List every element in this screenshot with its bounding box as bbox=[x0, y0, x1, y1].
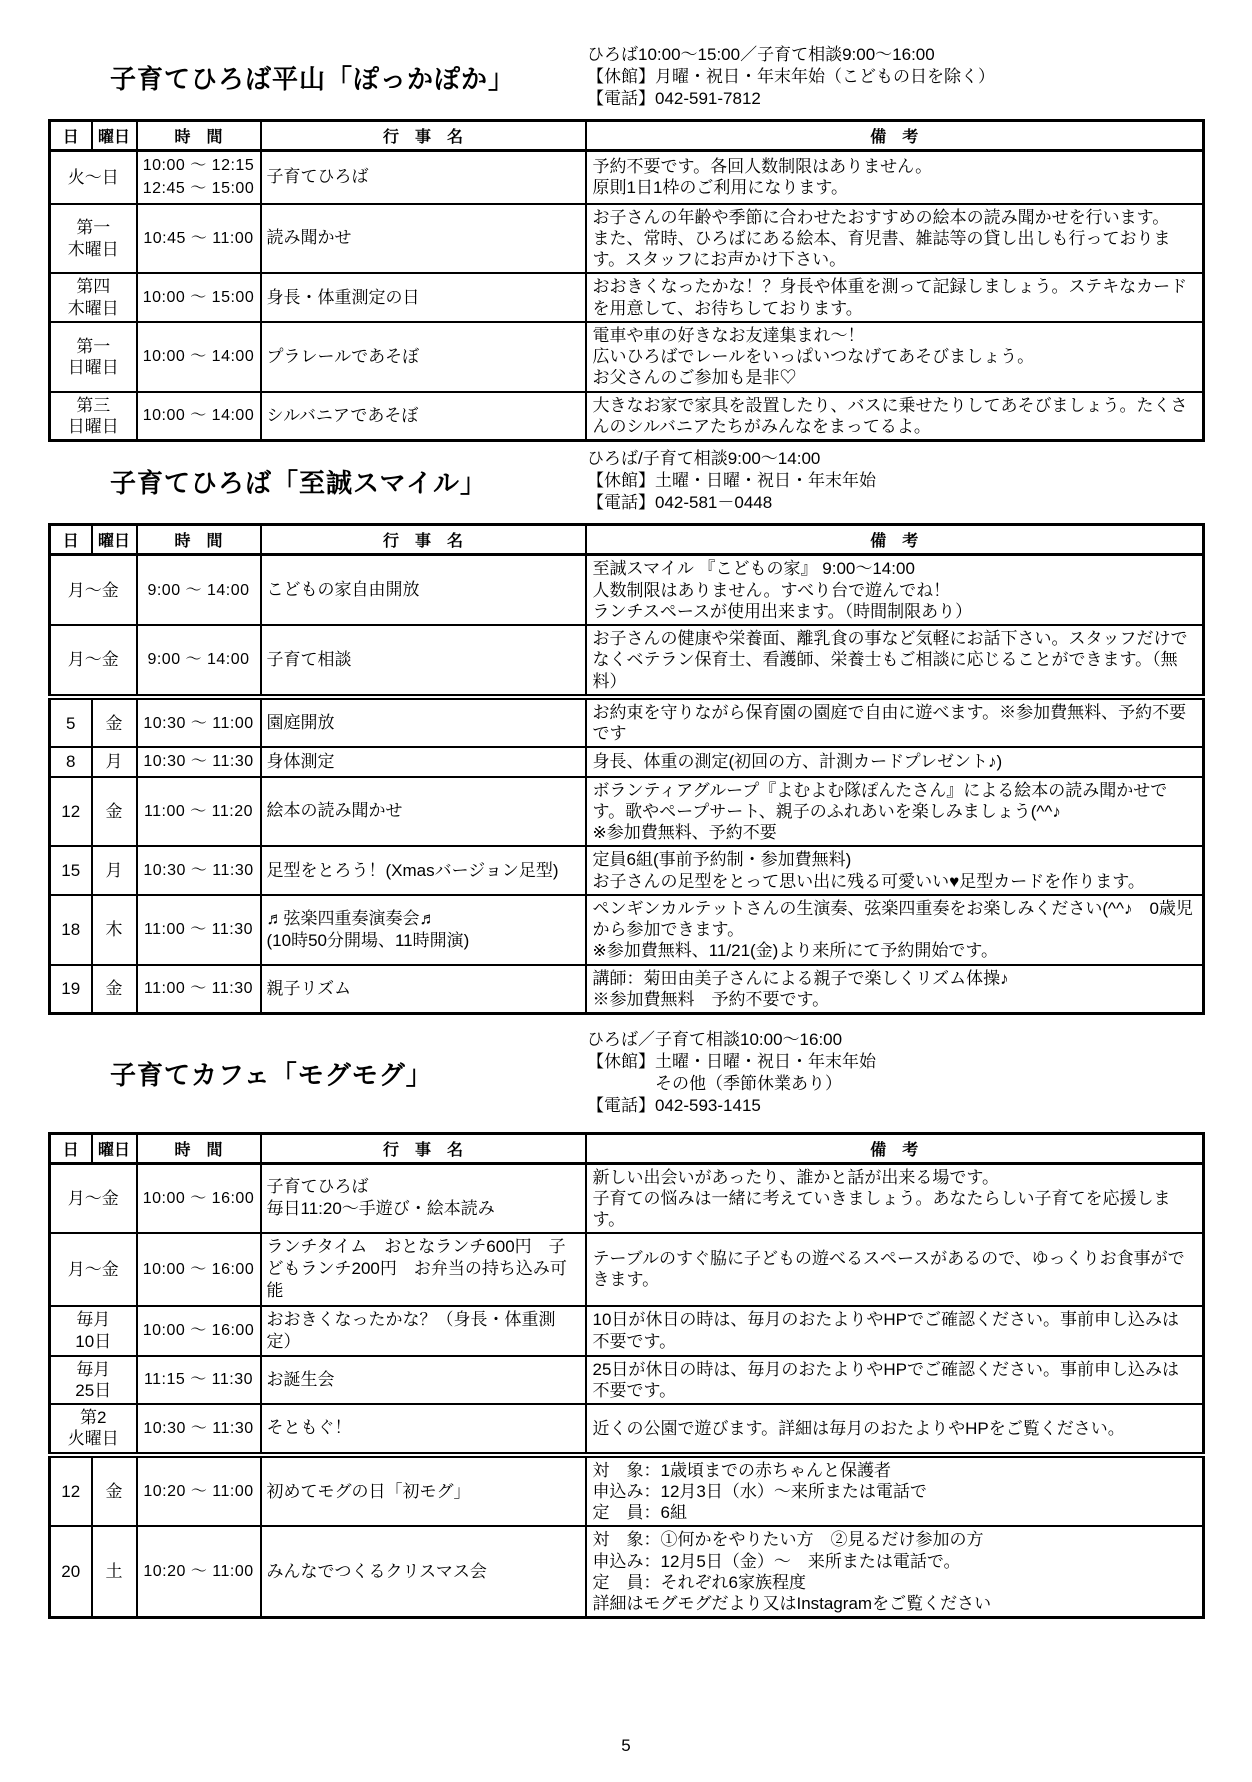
event-name-cell: 園庭開放 bbox=[261, 697, 586, 748]
table-header-row: 日 曜日 時 間 行 事 名 備 考 bbox=[50, 1133, 1204, 1163]
event-name-cell: 親子リズム bbox=[261, 965, 586, 1014]
event-name-cell: こどもの家自由開放 bbox=[261, 555, 586, 625]
schedule-table: 日 曜日 時 間 行 事 名 備 考 火～日10:00 ～ 12:15 12:4… bbox=[48, 119, 1205, 442]
note-cell: お子さんの年齢や季節に合わせたおすすめの絵本の読み聞かせを行います。 また、常時… bbox=[586, 204, 1204, 274]
table-row: 8月10:30 ～ 11:30身体測定身長、体重の測定(初回の方、計測カードプレ… bbox=[50, 747, 1204, 776]
day-cell: 12 bbox=[50, 777, 92, 847]
table-row: 第一 木曜日10:45 ～ 11:00読み聞かせお子さんの年齢や季節に合わせたお… bbox=[50, 204, 1204, 274]
day-cell: 12 bbox=[50, 1455, 92, 1527]
event-name-cell: お誕生会 bbox=[261, 1356, 586, 1405]
note-cell: 予約不要です。各回人数制限はありません。 原則1日1枠のご利用になります。 bbox=[586, 151, 1204, 204]
note-cell: 25日が休日の時は、毎月のおたよりやHPでご確認ください。事前申し込みは不要です… bbox=[586, 1356, 1204, 1405]
col-header-weekday: 曜日 bbox=[92, 525, 137, 555]
table-row: 20土10:20 ～ 11:00みんなでつくるクリスマス会対 象：①何かをやりた… bbox=[50, 1526, 1204, 1618]
section-shisei-smile: 子育てひろば「至誠スマイル」 ひろば/子育て相談9:00～14:00 【休館】土… bbox=[48, 448, 1205, 1015]
section-contact-info: ひろば/子育て相談9:00～14:00 【休館】土曜・日曜・祝日・年末年始 【電… bbox=[587, 448, 1205, 514]
note-cell: お子さんの健康や栄養面、離乳食の事など気軽にお話下さい。スタッフだけでなくベテラ… bbox=[586, 625, 1204, 697]
time-cell: 10:45 ～ 11:00 bbox=[137, 204, 261, 274]
event-name-cell: プラレールであそぼ bbox=[261, 322, 586, 392]
event-name-cell: みんなでつくるクリスマス会 bbox=[261, 1526, 586, 1618]
event-name-cell: 子育てひろば 毎日11:20～手遊び・絵本読み bbox=[261, 1163, 586, 1233]
section-contact-info: ひろば／子育て相談10:00～16:00 【休館】土曜・日曜・祝日・年末年始 そ… bbox=[587, 1029, 1205, 1117]
col-header-day: 日 bbox=[50, 525, 92, 555]
event-name-cell: シルバニアであそぼ bbox=[261, 392, 586, 441]
day-cell: 月～金 bbox=[50, 1233, 137, 1305]
col-header-event: 行 事 名 bbox=[261, 121, 586, 151]
col-header-note: 備 考 bbox=[586, 525, 1204, 555]
time-cell: 10:30 ～ 11:30 bbox=[137, 747, 261, 776]
time-cell: 11:00 ～ 11:30 bbox=[137, 895, 261, 965]
col-header-event: 行 事 名 bbox=[261, 525, 586, 555]
event-name-cell: 身長・体重測定の日 bbox=[261, 273, 586, 322]
day-cell: 第三 日曜日 bbox=[50, 392, 137, 441]
section-title: 子育てひろば「至誠スマイル」 bbox=[48, 463, 487, 500]
time-cell: 10:00 ～ 14:00 bbox=[137, 322, 261, 392]
day-cell: 火～日 bbox=[50, 151, 137, 204]
note-cell: ボランティアグループ『よむよむ隊ぽんたさん』による絵本の読み聞かせです。歌やペー… bbox=[586, 777, 1204, 847]
page-number: 5 bbox=[0, 1736, 1252, 1756]
note-cell: お約束を守りながら保育園の園庭で自由に遊べます。※参加費無料、予約不要です bbox=[586, 697, 1204, 748]
table-row: 月～金10:00 ～ 16:00子育てひろば 毎日11:20～手遊び・絵本読み新… bbox=[50, 1163, 1204, 1233]
table-row: 18木11:00 ～ 11:30♬弦楽四重奏演奏会♬ (10時50分開場、11時… bbox=[50, 895, 1204, 965]
time-cell: 10:00 ～ 16:00 bbox=[137, 1306, 261, 1356]
table-body: 火～日10:00 ～ 12:15 12:45 ～ 15:00子育てひろば予約不要… bbox=[50, 151, 1204, 441]
note-cell: 近くの公園で遊びます。詳細は毎月のおたよりやHPをご覧ください。 bbox=[586, 1404, 1204, 1455]
table-row: 12金11:00 ～ 11:20絵本の読み聞かせボランティアグループ『よむよむ隊… bbox=[50, 777, 1204, 847]
note-cell: 電車や車の好きなお友達集まれ～！ 広いひろばでレールをいっぱいつなげてあそびまし… bbox=[586, 322, 1204, 392]
table-row: 月～金9:00 ～ 14:00こどもの家自由開放至誠スマイル 『こどもの家』 9… bbox=[50, 555, 1204, 625]
section-title: 子育てひろば平山「ぽっかぽか」 bbox=[48, 59, 515, 96]
day-cell: 第2 火曜日 bbox=[50, 1404, 137, 1455]
day-cell: 第四 木曜日 bbox=[50, 273, 137, 322]
time-cell: 9:00 ～ 14:00 bbox=[137, 625, 261, 697]
table-header-row: 日 曜日 時 間 行 事 名 備 考 bbox=[50, 121, 1204, 151]
table-row: 第四 木曜日10:00 ～ 15:00身長・体重測定の日おおきくなったかな！？身… bbox=[50, 273, 1204, 322]
col-header-day: 日 bbox=[50, 1133, 92, 1163]
note-cell: 10日が休日の時は、毎月のおたよりやHPでご確認ください。事前申し込みは不要です… bbox=[586, 1306, 1204, 1356]
event-name-cell: ♬弦楽四重奏演奏会♬ (10時50分開場、11時開演) bbox=[261, 895, 586, 965]
event-name-cell: 身体測定 bbox=[261, 747, 586, 776]
event-name-cell: ランチタイム おとなランチ600円 子どもランチ200円 お弁当の持ち込み可能 bbox=[261, 1233, 586, 1305]
time-cell: 10:30 ～ 11:30 bbox=[137, 1404, 261, 1455]
table-header-row: 日 曜日 時 間 行 事 名 備 考 bbox=[50, 525, 1204, 555]
col-header-note: 備 考 bbox=[586, 1133, 1204, 1163]
note-cell: 至誠スマイル 『こどもの家』 9:00～14:00 人数制限はありません。すべり… bbox=[586, 555, 1204, 625]
time-cell: 10:00 ～ 12:15 12:45 ～ 15:00 bbox=[137, 151, 261, 204]
schedule-table: 日 曜日 時 間 行 事 名 備 考 月～金10:00 ～ 16:00子育てひろ… bbox=[48, 1132, 1205, 1620]
section-contact-info: ひろば10:00～15:00／子育て相談9:00～16:00 【休館】月曜・祝日… bbox=[587, 44, 1205, 110]
col-header-time: 時 間 bbox=[137, 1133, 261, 1163]
col-header-day: 日 bbox=[50, 121, 92, 151]
event-name-cell: 初めてモグの日「初モグ」 bbox=[261, 1455, 586, 1527]
weekday-cell: 金 bbox=[92, 697, 137, 748]
weekday-cell: 金 bbox=[92, 1455, 137, 1527]
day-cell: 5 bbox=[50, 697, 92, 748]
time-cell: 10:00 ～ 16:00 bbox=[137, 1163, 261, 1233]
day-cell: 18 bbox=[50, 895, 92, 965]
col-header-event: 行 事 名 bbox=[261, 1133, 586, 1163]
weekday-cell: 木 bbox=[92, 895, 137, 965]
time-cell: 10:00 ～ 15:00 bbox=[137, 273, 261, 322]
time-cell: 11:00 ～ 11:20 bbox=[137, 777, 261, 847]
table-row: 火～日10:00 ～ 12:15 12:45 ～ 15:00子育てひろば予約不要… bbox=[50, 151, 1204, 204]
day-cell: 月～金 bbox=[50, 1163, 137, 1233]
document-page: 子育てひろば平山「ぽっかぽか」 ひろば10:00～15:00／子育て相談9:00… bbox=[0, 0, 1252, 1782]
note-cell: 新しい出会いがあったり、誰かと話が出来る場です。 子育ての悩みは一緒に考えていき… bbox=[586, 1163, 1204, 1233]
day-cell: 月～金 bbox=[50, 555, 137, 625]
table-body: 月～金10:00 ～ 16:00子育てひろば 毎日11:20～手遊び・絵本読み新… bbox=[50, 1163, 1204, 1618]
event-name-cell: 足型をとろう！(Xmasバージョン足型) bbox=[261, 846, 586, 895]
time-cell: 10:30 ～ 11:30 bbox=[137, 846, 261, 895]
table-row: 月～金10:00 ～ 16:00ランチタイム おとなランチ600円 子どもランチ… bbox=[50, 1233, 1204, 1305]
note-cell: 対 象：①何かをやりたい方 ②見るだけ参加の方 申込み：12月5日（金）～ 来所… bbox=[586, 1526, 1204, 1618]
weekday-cell: 月 bbox=[92, 846, 137, 895]
event-name-cell: おおきくなったかな？（身長・体重測定） bbox=[261, 1306, 586, 1356]
weekday-cell: 金 bbox=[92, 965, 137, 1014]
schedule-table: 日 曜日 時 間 行 事 名 備 考 月～金9:00 ～ 14:00こどもの家自… bbox=[48, 523, 1205, 1015]
table-row: 月～金9:00 ～ 14:00子育て相談お子さんの健康や栄養面、離乳食の事など気… bbox=[50, 625, 1204, 697]
table-row: 5金10:30 ～ 11:00園庭開放お約束を守りながら保育園の園庭で自由に遊べ… bbox=[50, 697, 1204, 748]
table-row: 毎月 10日10:00 ～ 16:00おおきくなったかな？（身長・体重測定）10… bbox=[50, 1306, 1204, 1356]
day-cell: 毎月 10日 bbox=[50, 1306, 137, 1356]
col-header-time: 時 間 bbox=[137, 121, 261, 151]
day-cell: 15 bbox=[50, 846, 92, 895]
note-cell: おおきくなったかな！？身長や体重を測って記録しましょう。ステキなカードを用意して… bbox=[586, 273, 1204, 322]
day-cell: 20 bbox=[50, 1526, 92, 1618]
time-cell: 10:00 ～ 14:00 bbox=[137, 392, 261, 441]
table-row: 毎月 25日11:15 ～ 11:30お誕生会25日が休日の時は、毎月のおたより… bbox=[50, 1356, 1204, 1405]
table-body: 月～金9:00 ～ 14:00こどもの家自由開放至誠スマイル 『こどもの家』 9… bbox=[50, 555, 1204, 1014]
col-header-note: 備 考 bbox=[586, 121, 1204, 151]
section-header: 子育てカフェ「モグモグ」 ひろば／子育て相談10:00～16:00 【休館】土曜… bbox=[48, 1029, 1205, 1117]
section-pokkapoka: 子育てひろば平山「ぽっかぽか」 ひろば10:00～15:00／子育て相談9:00… bbox=[48, 44, 1205, 442]
event-name-cell: 読み聞かせ bbox=[261, 204, 586, 274]
col-header-weekday: 曜日 bbox=[92, 1133, 137, 1163]
day-cell: 第一 日曜日 bbox=[50, 322, 137, 392]
table-row: 第2 火曜日10:30 ～ 11:30そともぐ！近くの公園で遊びます。詳細は毎月… bbox=[50, 1404, 1204, 1455]
section-header: 子育てひろば「至誠スマイル」 ひろば/子育て相談9:00～14:00 【休館】土… bbox=[48, 448, 1205, 514]
note-cell: 対 象：1歳頃までの赤ちゃんと保護者 申込み：12月3日（水）～来所または電話で… bbox=[586, 1455, 1204, 1527]
time-cell: 10:30 ～ 11:00 bbox=[137, 697, 261, 748]
note-cell: ペンギンカルテットさんの生演奏、弦楽四重奏をお楽しみください(^^♪ 0歳児から… bbox=[586, 895, 1204, 965]
day-cell: 19 bbox=[50, 965, 92, 1014]
event-name-cell: 子育てひろば bbox=[261, 151, 586, 204]
time-cell: 11:15 ～ 11:30 bbox=[137, 1356, 261, 1405]
table-row: 第一 日曜日10:00 ～ 14:00プラレールであそぼ電車や車の好きなお友達集… bbox=[50, 322, 1204, 392]
time-cell: 10:20 ～ 11:00 bbox=[137, 1526, 261, 1618]
table-row: 第三 日曜日10:00 ～ 14:00シルバニアであそぼ大きなお家で家具を設置し… bbox=[50, 392, 1204, 441]
day-cell: 8 bbox=[50, 747, 92, 776]
time-cell: 10:00 ～ 16:00 bbox=[137, 1233, 261, 1305]
note-cell: テーブルのすぐ脇に子どもの遊べるスペースがあるので、ゆっくりお食事ができます。 bbox=[586, 1233, 1204, 1305]
col-header-time: 時 間 bbox=[137, 525, 261, 555]
table-row: 15月10:30 ～ 11:30足型をとろう！(Xmasバージョン足型)定員6組… bbox=[50, 846, 1204, 895]
section-header: 子育てひろば平山「ぽっかぽか」 ひろば10:00～15:00／子育て相談9:00… bbox=[48, 44, 1205, 110]
note-cell: 定員6組(事前予約制・参加費無料) お子さんの足型をとって思い出に残る可愛いい♥… bbox=[586, 846, 1204, 895]
day-cell: 毎月 25日 bbox=[50, 1356, 137, 1405]
note-cell: 大きなお家で家具を設置したり、バスに乗せたりしてあそびましょう。たくさんのシルバ… bbox=[586, 392, 1204, 441]
weekday-cell: 月 bbox=[92, 747, 137, 776]
event-name-cell: そともぐ！ bbox=[261, 1404, 586, 1455]
day-cell: 第一 木曜日 bbox=[50, 204, 137, 274]
time-cell: 9:00 ～ 14:00 bbox=[137, 555, 261, 625]
note-cell: 身長、体重の測定(初回の方、計測カードプレゼント♪) bbox=[586, 747, 1204, 776]
section-mogumogu: 子育てカフェ「モグモグ」 ひろば／子育て相談10:00～16:00 【休館】土曜… bbox=[48, 1029, 1205, 1619]
time-cell: 11:00 ～ 11:30 bbox=[137, 965, 261, 1014]
col-header-weekday: 曜日 bbox=[92, 121, 137, 151]
note-cell: 講師：菊田由美子さんによる親子で楽しくリズム体操♪ ※参加費無料 予約不要です。 bbox=[586, 965, 1204, 1014]
event-name-cell: 子育て相談 bbox=[261, 625, 586, 697]
weekday-cell: 土 bbox=[92, 1526, 137, 1618]
weekday-cell: 金 bbox=[92, 777, 137, 847]
time-cell: 10:20 ～ 11:00 bbox=[137, 1455, 261, 1527]
day-cell: 月～金 bbox=[50, 625, 137, 697]
event-name-cell: 絵本の読み聞かせ bbox=[261, 777, 586, 847]
section-title: 子育てカフェ「モグモグ」 bbox=[48, 1055, 433, 1092]
table-row: 19金11:00 ～ 11:30親子リズム講師：菊田由美子さんによる親子で楽しく… bbox=[50, 965, 1204, 1014]
table-row: 12金10:20 ～ 11:00初めてモグの日「初モグ」対 象：1歳頃までの赤ち… bbox=[50, 1455, 1204, 1527]
